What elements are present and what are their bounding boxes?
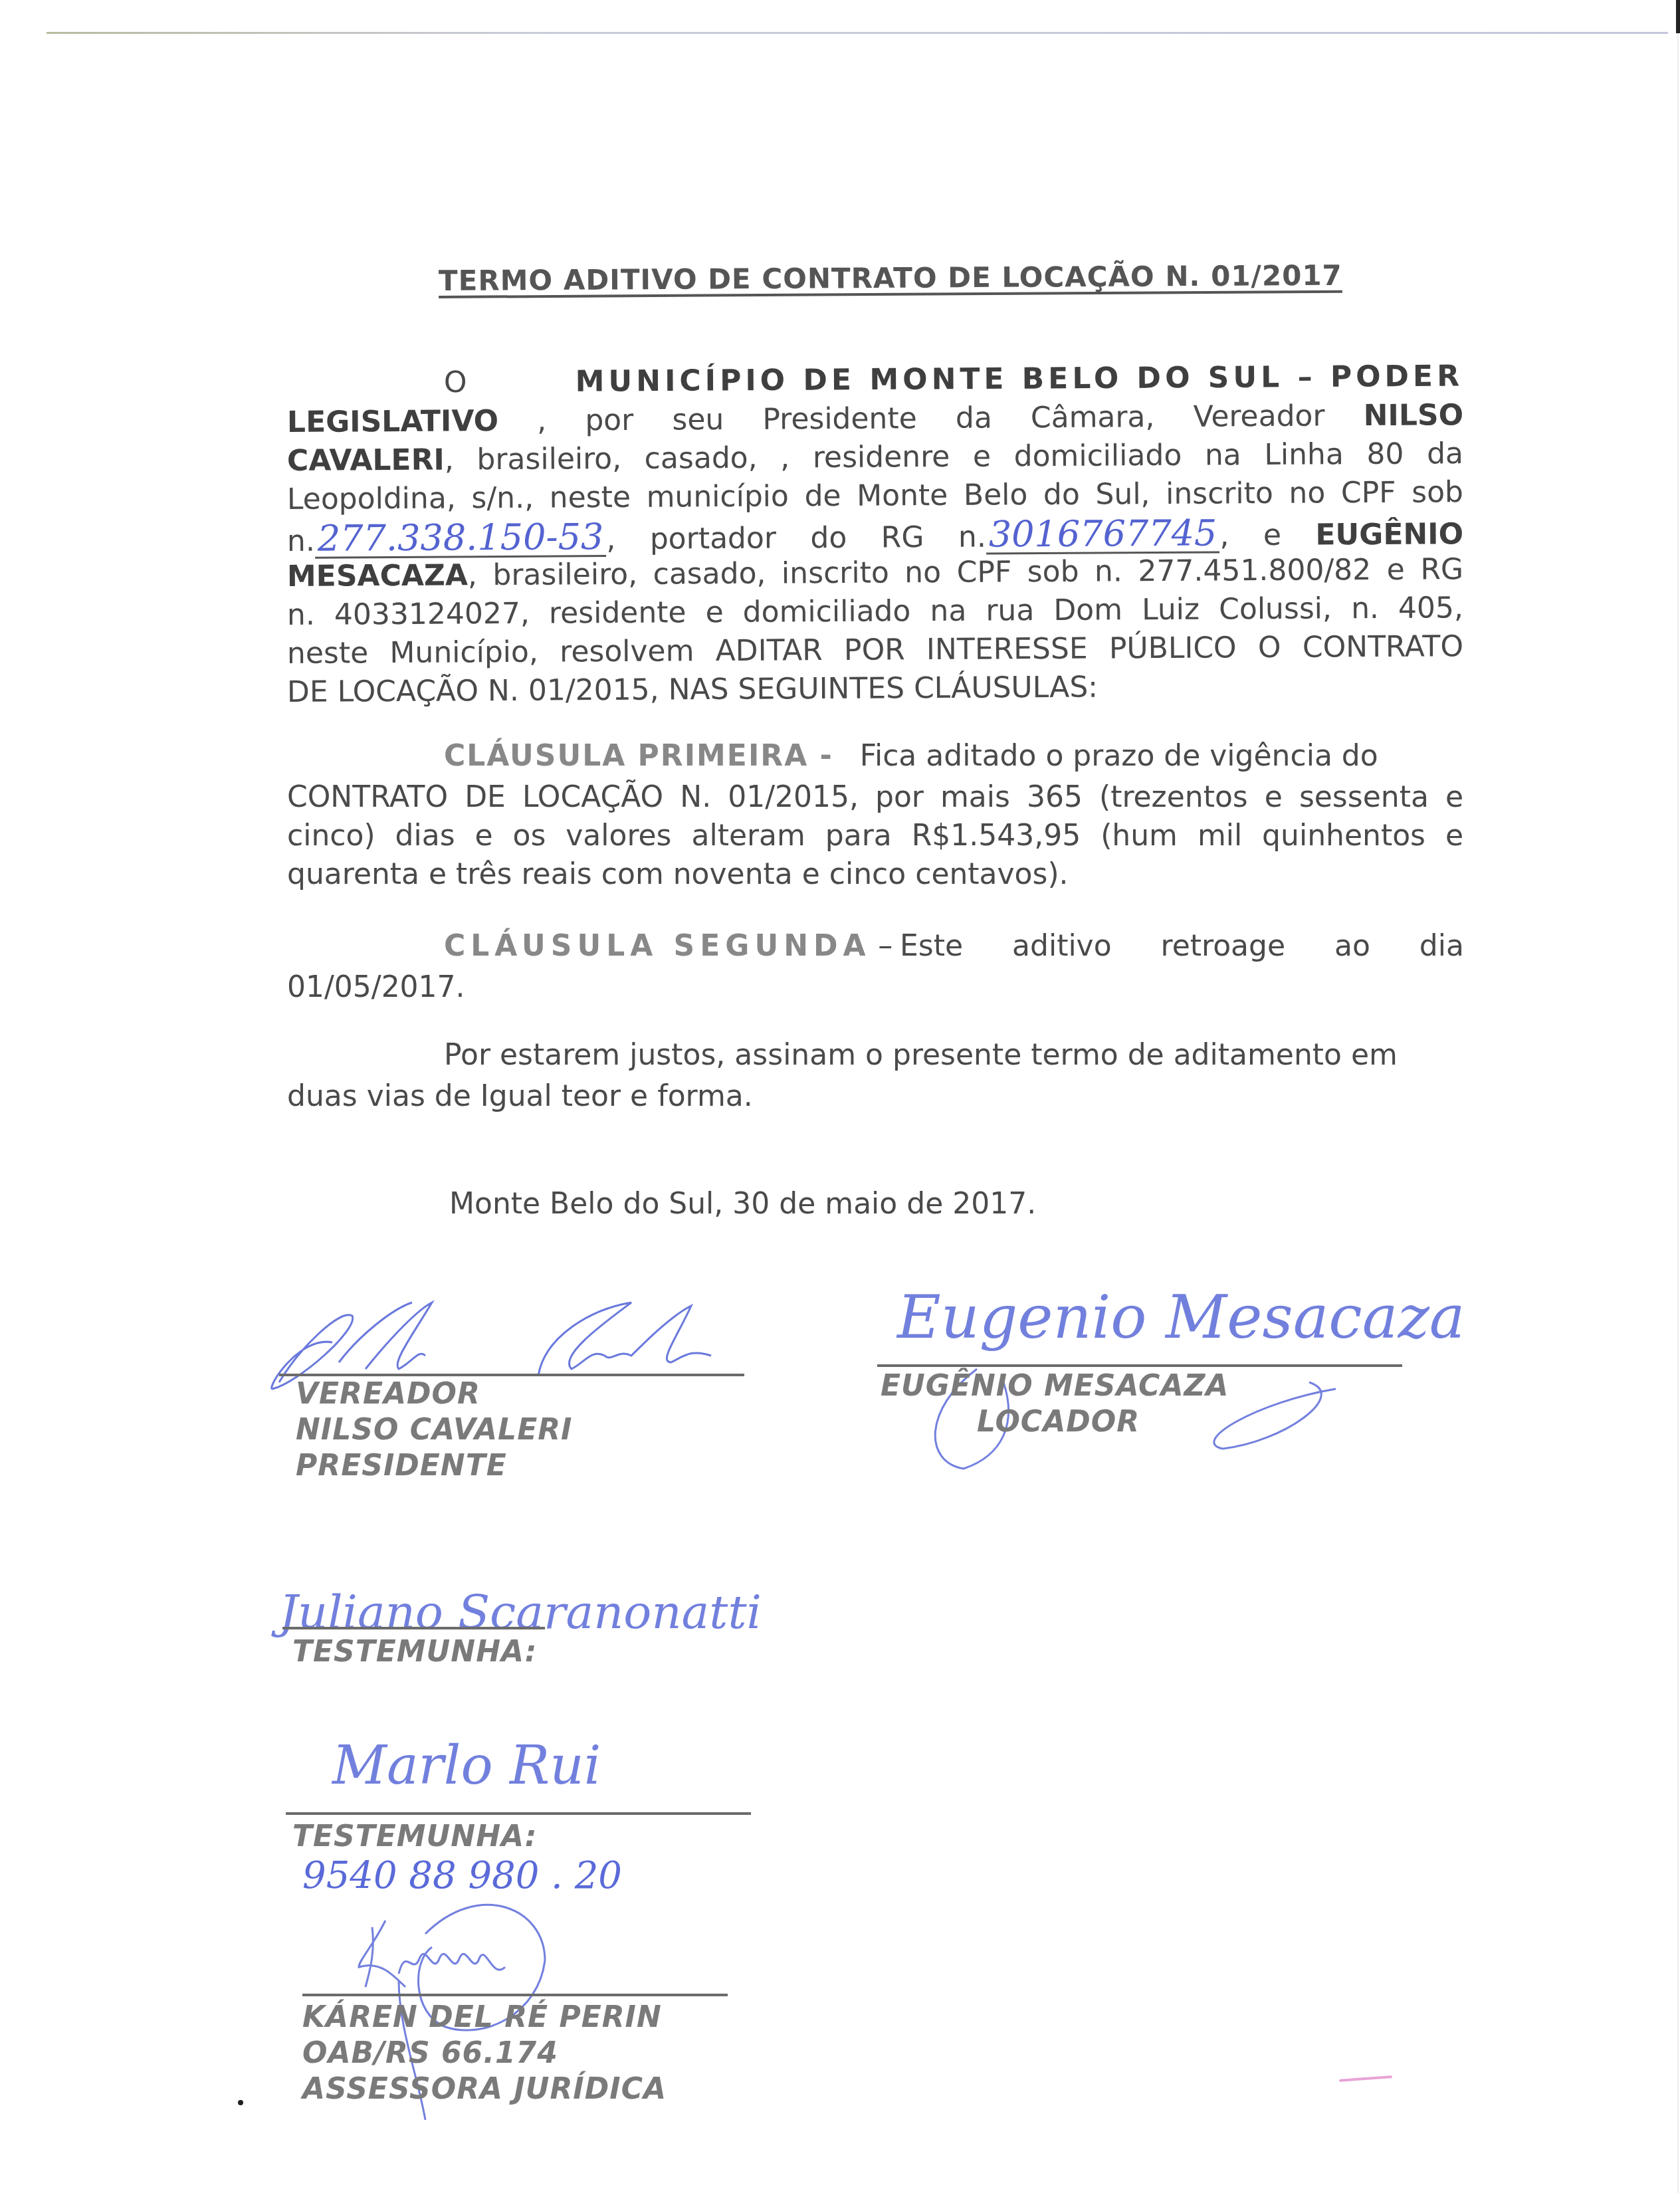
advisor-role: ASSESSORA JURÍDICA xyxy=(302,2072,667,2106)
text: neste Município, resolvem ADITAR POR INT… xyxy=(287,629,1463,671)
handwritten-field: 277.338.150-53 xyxy=(315,519,607,559)
handwritten-field: 3016767745 xyxy=(986,515,1220,554)
text: , portador do RG n. xyxy=(606,520,986,556)
clause-1-heading: CLÁUSULA PRIMEIRA - xyxy=(444,739,833,773)
signature-line xyxy=(877,1364,1402,1367)
landlord-role: LOCADOR xyxy=(977,1405,1140,1439)
text: n. xyxy=(287,524,315,558)
signature-line xyxy=(282,1627,545,1629)
place-date: Monte Belo do Sul, 30 de maio de 2017. xyxy=(449,1187,1036,1221)
closing-line: Por estarem justos, assinam o presente t… xyxy=(444,1038,1464,1072)
president-name: NILSO CAVALERI xyxy=(296,1413,572,1447)
text: Leopoldina, s/n., neste município de Mon… xyxy=(287,475,1463,516)
president-role: PRESIDENTE xyxy=(296,1449,507,1483)
closing-line: duas vias de Igual teor e forma. xyxy=(287,1079,753,1113)
signature-witness-2: Marlo Rui xyxy=(332,1734,601,1796)
bold-text: CAVALERI xyxy=(287,443,445,478)
preamble-line: n.277.338.150-53, portador do RG n.30167… xyxy=(287,514,1463,559)
bold-text: MUNICÍPIO DE MONTE BELO DO SUL – PODER xyxy=(576,360,1464,399)
scan-edge xyxy=(47,32,1668,34)
advisor-registration: OAB/RS 66.174 xyxy=(302,2036,558,2070)
preamble-line: MESACAZA, brasileiro, casado, inscrito n… xyxy=(287,552,1463,593)
bold-text: LEGISLATIVO xyxy=(287,404,498,439)
stray-dot xyxy=(238,2100,243,2105)
advisor-name: KÁREN DEL RÉ PERIN xyxy=(302,2000,662,2034)
signature-line xyxy=(279,1374,744,1376)
preamble-line: LEGISLATIVO , por seu Presidente da Câma… xyxy=(287,398,1463,439)
signature-witness-1: Juliano Scaranonatti xyxy=(279,1585,762,1639)
clause-1-line: cinco) dias e os valores alteram para R$… xyxy=(287,819,1463,853)
preamble-line: O MUNICÍPIO DE MONTE BELO DO SUL – PODER xyxy=(444,360,1463,399)
stray-ink-mark xyxy=(1339,2075,1392,2082)
text: , e xyxy=(1219,518,1315,553)
bold-text: MESACAZA xyxy=(287,558,468,593)
witness-2-handwritten-number: 9540 88 980 . 20 xyxy=(302,1854,622,1897)
signature-line xyxy=(286,1812,751,1815)
document-title: TERMO ADITIVO DE CONTRATO DE LOCAÇÃO N. … xyxy=(439,259,1342,297)
preamble-line: neste Município, resolvem ADITAR POR INT… xyxy=(287,629,1463,671)
text: O xyxy=(444,365,467,399)
bold-text: EUGÊNIO xyxy=(1315,517,1463,552)
clause-1-line: quarenta e três reais com noventa e cinc… xyxy=(287,857,1069,891)
scan-edge xyxy=(1677,33,1679,2193)
witness-2-label: TESTEMUNHA: xyxy=(292,1820,537,1853)
text: , brasileiro, casado, inscrito no CPF so… xyxy=(468,552,1463,592)
preamble-line: Leopoldina, s/n., neste município de Mon… xyxy=(287,475,1463,516)
signature-eugenio-mesacaza: Eugenio Mesacaza xyxy=(897,1283,1465,1352)
text: n. 4033124027, residente e domiciliado n… xyxy=(287,591,1463,632)
president-title: VEREADOR xyxy=(296,1377,480,1411)
clause-2-heading: CLÁUSULA SEGUNDA xyxy=(444,929,871,963)
preamble-line: DE LOCAÇÃO N. 01/2015, NAS SEGUINTES CLÁ… xyxy=(287,668,1463,709)
clause-1-line: CONTRATO DE LOCAÇÃO N. 01/2015, por mais… xyxy=(287,780,1463,814)
text: , por seu Presidente da Câmara, Vereador xyxy=(498,399,1364,438)
scan-edge xyxy=(1676,0,1680,33)
clause-2-line: 01/05/2017. xyxy=(287,970,465,1004)
preamble-line: CAVALERI, brasileiro, casado, , residenr… xyxy=(287,437,1463,478)
bold-text: NILSO xyxy=(1363,398,1463,433)
witness-1-label: TESTEMUNHA: xyxy=(292,1635,537,1669)
scanned-document-page: TERMO ADITIVO DE CONTRATO DE LOCAÇÃO N. … xyxy=(0,0,1680,2193)
landlord-name: EUGÊNIO MESACAZA xyxy=(881,1369,1229,1403)
text: , brasileiro, casado, , residenre e domi… xyxy=(445,437,1463,476)
text: DE LOCAÇÃO N. 01/2015, NAS SEGUINTES CLÁ… xyxy=(287,671,1098,709)
preamble-line: n. 4033124027, residente e domiciliado n… xyxy=(287,591,1463,632)
clause-2-first-line: CLÁUSULA SEGUNDA – Este aditivo retroage… xyxy=(444,929,1464,963)
signature-line xyxy=(302,1994,728,1996)
clause-1-first-line: CLÁUSULA PRIMEIRA - Fica aditado o prazo… xyxy=(444,739,1464,773)
